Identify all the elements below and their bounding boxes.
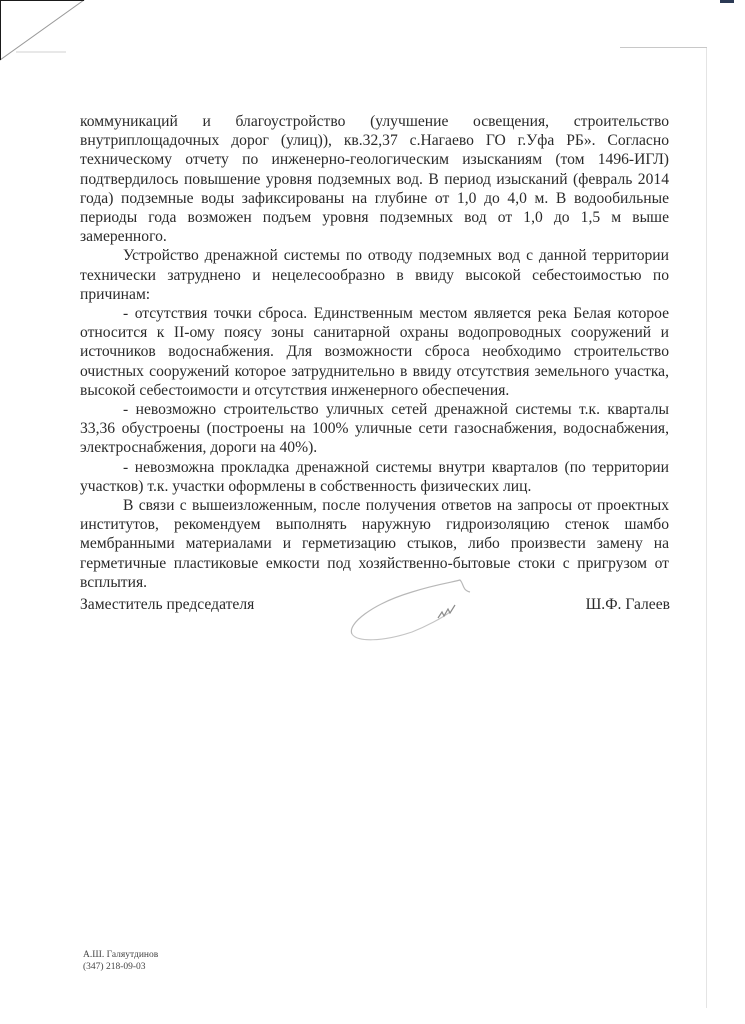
scan-edge-mark — [720, 0, 734, 3]
reason-item-street-networks: - невозможно строительство уличных сетей… — [80, 400, 669, 458]
signature-block: Заместитель председателя Ш.Ф. Галеев — [80, 596, 670, 646]
reason-item-private-land: - невозможна прокладка дренажной системы… — [80, 458, 669, 496]
paragraph-drainage: Устройство дренажной системы по отводу п… — [80, 246, 669, 304]
signatory-title: Заместитель председателя — [80, 596, 254, 614]
signatory-name: Ш.Ф. Галеев — [586, 596, 670, 614]
page-edge-line — [706, 48, 707, 1008]
executor-name: А.Ш. Галяутдинов — [83, 949, 158, 961]
folded-corner-icon — [0, 0, 90, 62]
executor-phone: (347) 218-09-03 — [83, 961, 158, 973]
executor-contact: А.Ш. Галяутдинов (347) 218-09-03 — [83, 949, 158, 973]
signature-icon — [342, 574, 482, 654]
paragraph-continuation: коммуникаций и благоустройство (улучшени… — [80, 112, 669, 246]
reason-item-discharge: - отсутствия точки сброса. Единственным … — [80, 304, 669, 400]
document-body: коммуникаций и благоустройство (улучшени… — [80, 112, 669, 592]
page-edge-line — [620, 47, 707, 48]
